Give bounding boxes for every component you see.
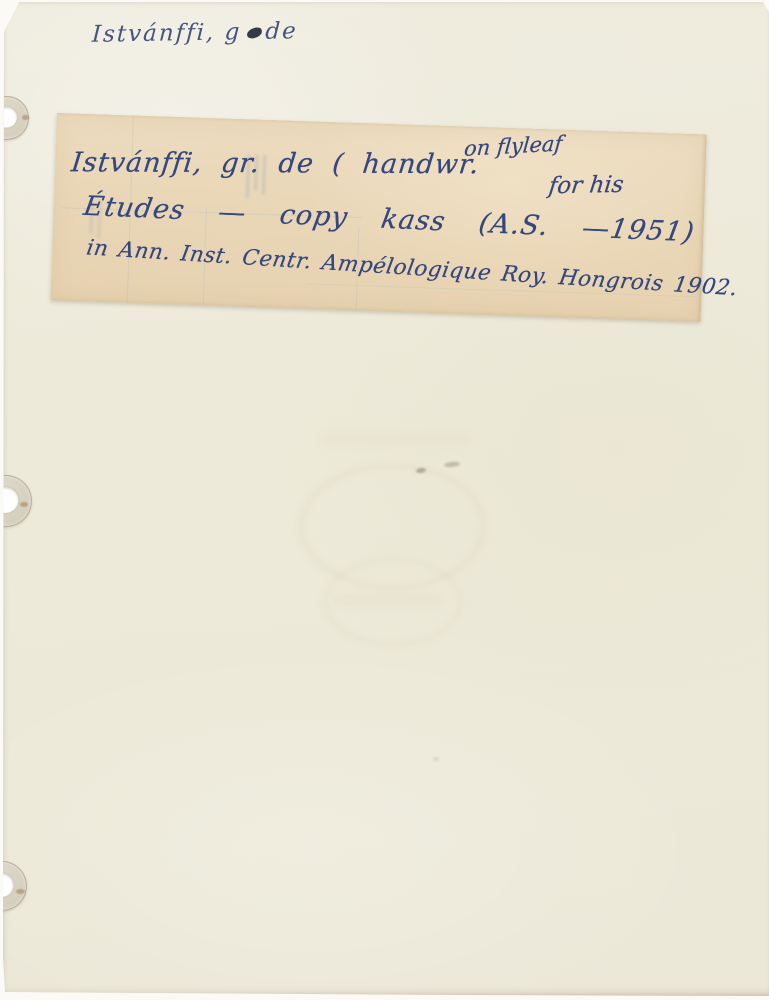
slip-handwriting-line2: Études — copy kass (A.S. —1951) (81, 191, 697, 248)
embossed-watermark-band (321, 432, 471, 446)
handwritten-annotation: Istvánffi, gde (91, 18, 298, 48)
scan-background: Istvánffi, gde Istvánffi, gr. de ( handw… (0, 0, 769, 1000)
slip-handwriting-line1: Istvánffi, gr. de ( handwr. (70, 147, 481, 180)
punch-hole-middle (0, 475, 32, 527)
embossed-watermark-band (333, 592, 443, 608)
slip-handwriting-line1-end: for his (547, 172, 625, 199)
smudge-mark (433, 757, 439, 761)
punch-hole-bottom (0, 861, 27, 911)
smudge-mark (444, 461, 460, 468)
punch-hole-top (0, 96, 29, 140)
rust-stain-icon (16, 889, 25, 894)
annotation-prefix: Istvánffi, g (91, 19, 242, 48)
punch-hole-top-center (0, 107, 17, 128)
punch-hole-middle-center (0, 487, 18, 513)
rust-stain-icon (20, 502, 28, 507)
punch-hole-bottom-center (0, 873, 14, 897)
notebook-page: Istvánffi, gde Istvánffi, gr. de ( handw… (3, 2, 769, 996)
ink-blot-icon (247, 26, 263, 39)
slip-handwriting-line1-superscript: on flyleaf (463, 131, 563, 160)
pasted-slip: Istvánffi, gr. de ( handwr. on flyleaf f… (51, 113, 707, 321)
annotation-suffix: de (265, 18, 299, 45)
rust-stain-icon (22, 115, 29, 120)
